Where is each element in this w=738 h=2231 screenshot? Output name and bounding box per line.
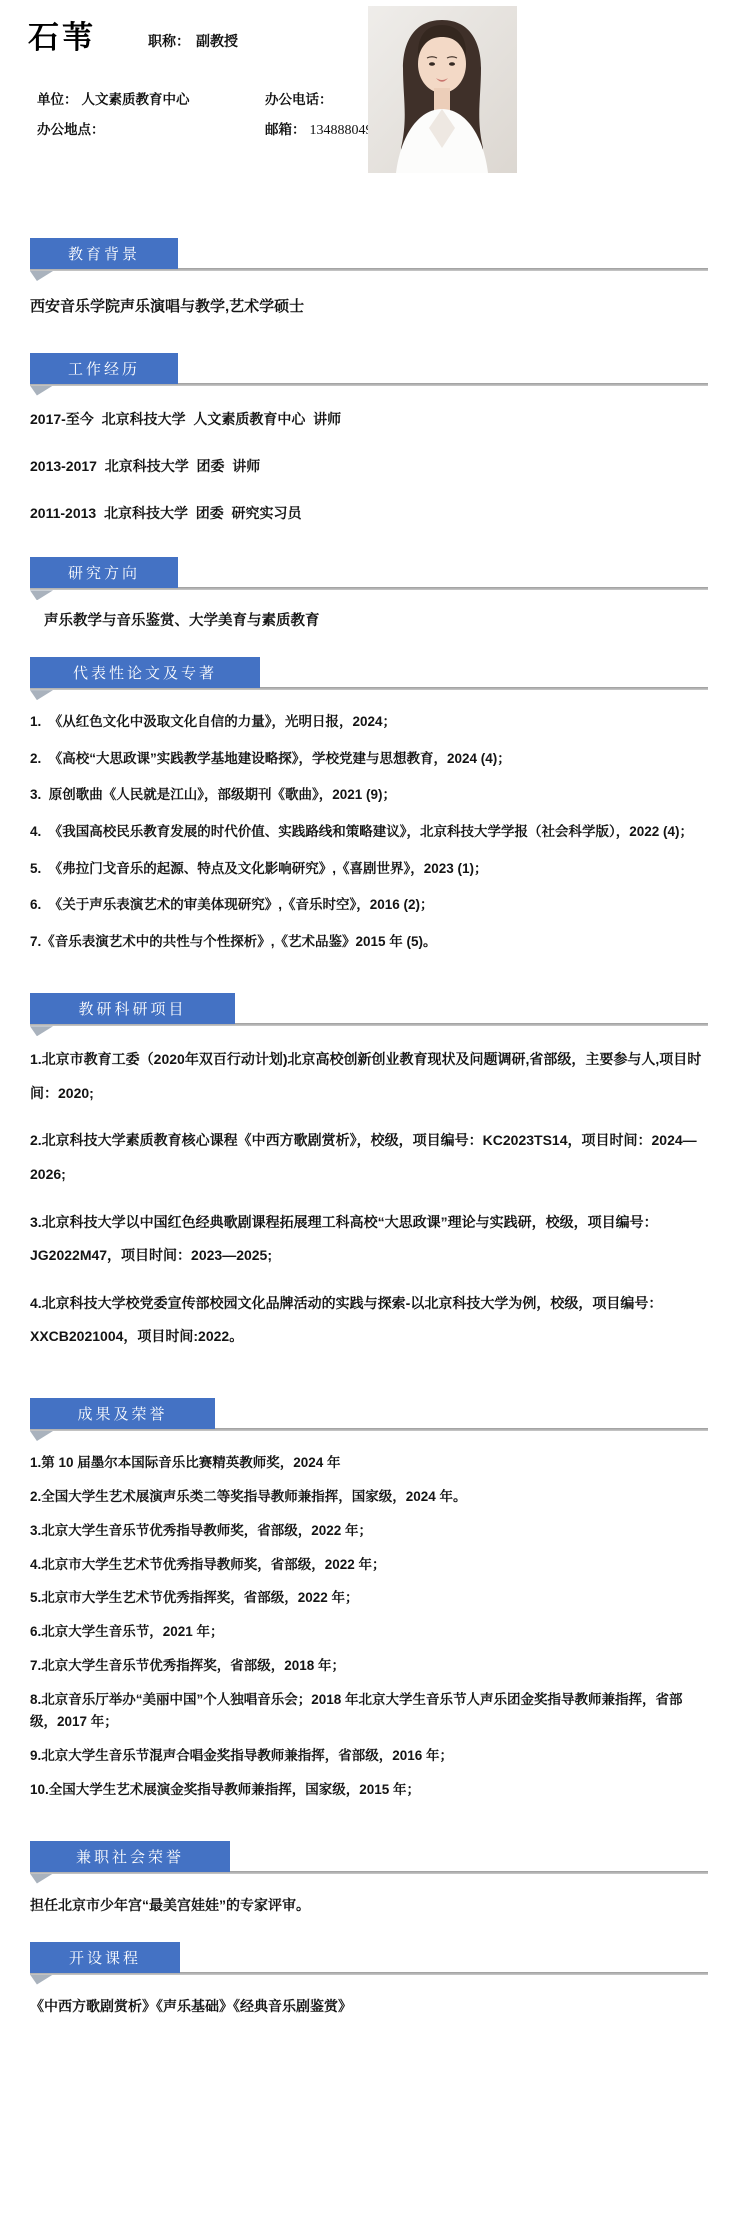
office-location-label: 办公地点： <box>37 122 105 137</box>
profile-photo <box>368 6 517 173</box>
profile-header: 石苇 职称：副教授 单位：人文素质教育中心 办公电话： 办公地点： 邮箱：134… <box>0 0 738 218</box>
section-body: 声乐教学与音乐鉴赏、大学美育与素质教育 <box>30 611 708 633</box>
section-body: 担任北京市少年宫“最美宫娃娃”的专家评审。 <box>30 1895 708 1916</box>
section-banner: 工作经历 <box>30 353 178 384</box>
unit-value: 人文素质教育中心 <box>82 92 190 107</box>
section-honors: 成果及荣誉1.第 10 届墨尔本国际音乐比赛精英教师奖，2024 年2.全国大学… <box>30 1398 708 1812</box>
section-item: 2013-2017 北京科技大学 团委 讲师 <box>30 456 708 476</box>
job-title: 职称：副教授 <box>148 31 238 51</box>
section-banner: 成果及荣誉 <box>30 1398 215 1429</box>
section-social: 兼职社会荣誉担任北京市少年宫“最美宫娃娃”的专家评审。 <box>30 1841 708 1916</box>
section-item: 2011-2013 北京科技大学 团委 研究实习员 <box>30 503 708 523</box>
section-banner-row: 兼职社会荣誉 <box>30 1841 708 1883</box>
job-title-label: 职称： <box>148 33 190 49</box>
section-item: 7.北京大学生音乐节优秀指挥奖，省部级，2018 年； <box>30 1655 708 1677</box>
section-item: 10.全国大学生艺术展演金奖指导教师兼指挥，国家级，2015 年； <box>30 1779 708 1801</box>
section-title: 开设课程 <box>69 1947 141 1968</box>
section-body: 1. 《从红色文化中汲取文化自信的力量》，光明日报，2024；2. 《高校“大思… <box>30 711 708 952</box>
section-item: 1. 《从红色文化中汲取文化自信的力量》，光明日报，2024； <box>30 711 708 733</box>
section-item: 4.北京市大学生艺术节优秀指导教师奖，省部级，2022 年； <box>30 1554 708 1576</box>
banner-fold <box>30 1975 53 1985</box>
section-banner-row: 开设课程 <box>30 1942 708 1984</box>
email-label: 邮箱： <box>265 122 306 137</box>
section-item: 7.《音乐表演艺术中的共性与个性探析》,《艺术品鉴》2015 年 (5)。 <box>30 931 708 953</box>
section-body: 1.第 10 届墨尔本国际音乐比赛精英教师奖，2024 年2.全国大学生艺术展演… <box>30 1452 708 1800</box>
section-title: 代表性论文及专著 <box>73 662 217 683</box>
section-banner-row: 教研科研项目 <box>30 993 708 1035</box>
office-location-field: 办公地点： <box>37 118 109 138</box>
section-item: 西安音乐学院声乐演唱与教学,艺术学硕士 <box>30 296 708 319</box>
section-banner: 教育背景 <box>30 238 178 269</box>
banner-fold <box>30 1026 53 1036</box>
section-item: 5. 《弗拉门戈音乐的起源、特点及文化影响研究》,《喜剧世界》，2023 (1)… <box>30 858 708 880</box>
section-item: 1.北京市教育工委（2020年双百行动计划)北京高校创新创业教育现状及问题调研,… <box>30 1043 708 1110</box>
job-title-value: 副教授 <box>196 33 238 49</box>
section-banner-row: 代表性论文及专著 <box>30 657 708 699</box>
unit-field: 单位：人文素质教育中心 <box>37 88 190 108</box>
section-item: 担任北京市少年宫“最美宫娃娃”的专家评审。 <box>30 1895 708 1916</box>
section-education: 教育背景西安音乐学院声乐演唱与教学,艺术学硕士 <box>30 238 708 319</box>
banner-fold <box>30 1874 53 1884</box>
resume-page: 石苇 职称：副教授 单位：人文素质教育中心 办公电话： 办公地点： 邮箱：134… <box>0 0 738 2231</box>
banner-fold <box>30 386 53 396</box>
section-item: 8.北京音乐厅举办“美丽中国”个人独唱音乐会；2018 年北京大学生音乐节人声乐… <box>30 1689 708 1733</box>
section-banner-row: 成果及荣誉 <box>30 1398 708 1440</box>
section-banner-row: 工作经历 <box>30 353 708 395</box>
person-name: 石苇 <box>28 12 96 57</box>
section-item: 4.北京科技大学校党委宣传部校园文化品牌活动的实践与探索-以北京科技大学为例，校… <box>30 1287 708 1354</box>
office-phone-field: 办公电话： <box>265 88 337 108</box>
section-title: 成果及荣誉 <box>77 1403 167 1424</box>
profile-photo-image <box>368 6 517 173</box>
section-title: 教研科研项目 <box>78 998 186 1019</box>
section-item: 9.北京大学生音乐节混声合唱金奖指导教师兼指挥，省部级，2016 年； <box>30 1745 708 1767</box>
section-item: 1.第 10 届墨尔本国际音乐比赛精英教师奖，2024 年 <box>30 1452 708 1474</box>
section-banner: 兼职社会荣誉 <box>30 1841 230 1872</box>
section-item: 3. 原创歌曲《人民就是江山》，部级期刊《歌曲》，2021 (9)； <box>30 784 708 806</box>
section-publications: 代表性论文及专著1. 《从红色文化中汲取文化自信的力量》，光明日报，2024；2… <box>30 657 708 967</box>
section-title: 工作经历 <box>68 358 140 379</box>
section-item: 2. 《高校“大思政课”实践教学基地建设略探》，学校党建与思想教育，2024 (… <box>30 748 708 770</box>
banner-fold <box>30 690 53 700</box>
section-banner-row: 研究方向 <box>30 557 708 599</box>
section-title: 教育背景 <box>68 243 140 264</box>
banner-fold <box>30 1431 53 1441</box>
office-phone-label: 办公电话： <box>265 92 333 107</box>
section-banner: 研究方向 <box>30 557 178 588</box>
section-body: 西安音乐学院声乐演唱与教学,艺术学硕士 <box>30 296 708 319</box>
banner-fold <box>30 271 53 281</box>
section-title: 研究方向 <box>68 562 140 583</box>
section-item: 《中西方歌剧赏析》《声乐基础》《经典音乐剧鉴赏》 <box>30 1996 708 2017</box>
section-body: 2017-至今 北京科技大学 人文素质教育中心 讲师2013-2017 北京科技… <box>30 409 708 524</box>
section-title: 兼职社会荣誉 <box>76 1846 184 1867</box>
section-research: 研究方向声乐教学与音乐鉴赏、大学美育与素质教育 <box>30 557 708 633</box>
section-item: 6.北京大学生音乐节，2021 年； <box>30 1621 708 1643</box>
section-item: 2017-至今 北京科技大学 人文素质教育中心 讲师 <box>30 409 708 429</box>
section-banner: 开设课程 <box>30 1942 180 1973</box>
unit-label: 单位： <box>37 92 78 107</box>
section-banner-row: 教育背景 <box>30 238 708 280</box>
banner-fold <box>30 590 53 600</box>
section-item: 3.北京科技大学以中国红色经典歌剧课程拓展理工科高校“大思政课”理论与实践研，校… <box>30 1206 708 1273</box>
section-item: 2.全国大学生艺术展演声乐类二等奖指导教师兼指挥，国家级，2024 年。 <box>30 1486 708 1508</box>
sections-container: 教育背景西安音乐学院声乐演唱与教学,艺术学硕士工作经历2017-至今 北京科技大… <box>0 238 738 2017</box>
section-courses: 开设课程《中西方歌剧赏析》《声乐基础》《经典音乐剧鉴赏》 <box>30 1942 708 2017</box>
section-item: 3.北京大学生音乐节优秀指导教师奖，省部级，2022 年； <box>30 1520 708 1542</box>
section-item: 5.北京市大学生艺术节优秀指挥奖，省部级，2022 年； <box>30 1587 708 1609</box>
section-banner: 代表性论文及专著 <box>30 657 260 688</box>
section-body: 1.北京市教育工委（2020年双百行动计划)北京高校创新创业教育现状及问题调研,… <box>30 1043 708 1354</box>
section-banner: 教研科研项目 <box>30 993 235 1024</box>
section-item: 6. 《关于声乐表演艺术的审美体现研究》,《音乐时空》，2016 (2)； <box>30 894 708 916</box>
section-projects: 教研科研项目1.北京市教育工委（2020年双百行动计划)北京高校创新创业教育现状… <box>30 993 708 1368</box>
section-item: 声乐教学与音乐鉴赏、大学美育与素质教育 <box>44 611 708 633</box>
section-work: 工作经历2017-至今 北京科技大学 人文素质教育中心 讲师2013-2017 … <box>30 353 708 524</box>
section-item: 2.北京科技大学素质教育核心课程《中西方歌剧赏析》，校级，项目编号：KC2023… <box>30 1124 708 1191</box>
section-body: 《中西方歌剧赏析》《声乐基础》《经典音乐剧鉴赏》 <box>30 1996 708 2017</box>
section-item: 4. 《我国高校民乐教育发展的时代价值、实践路线和策略建议》，北京科技大学学报（… <box>30 821 708 843</box>
